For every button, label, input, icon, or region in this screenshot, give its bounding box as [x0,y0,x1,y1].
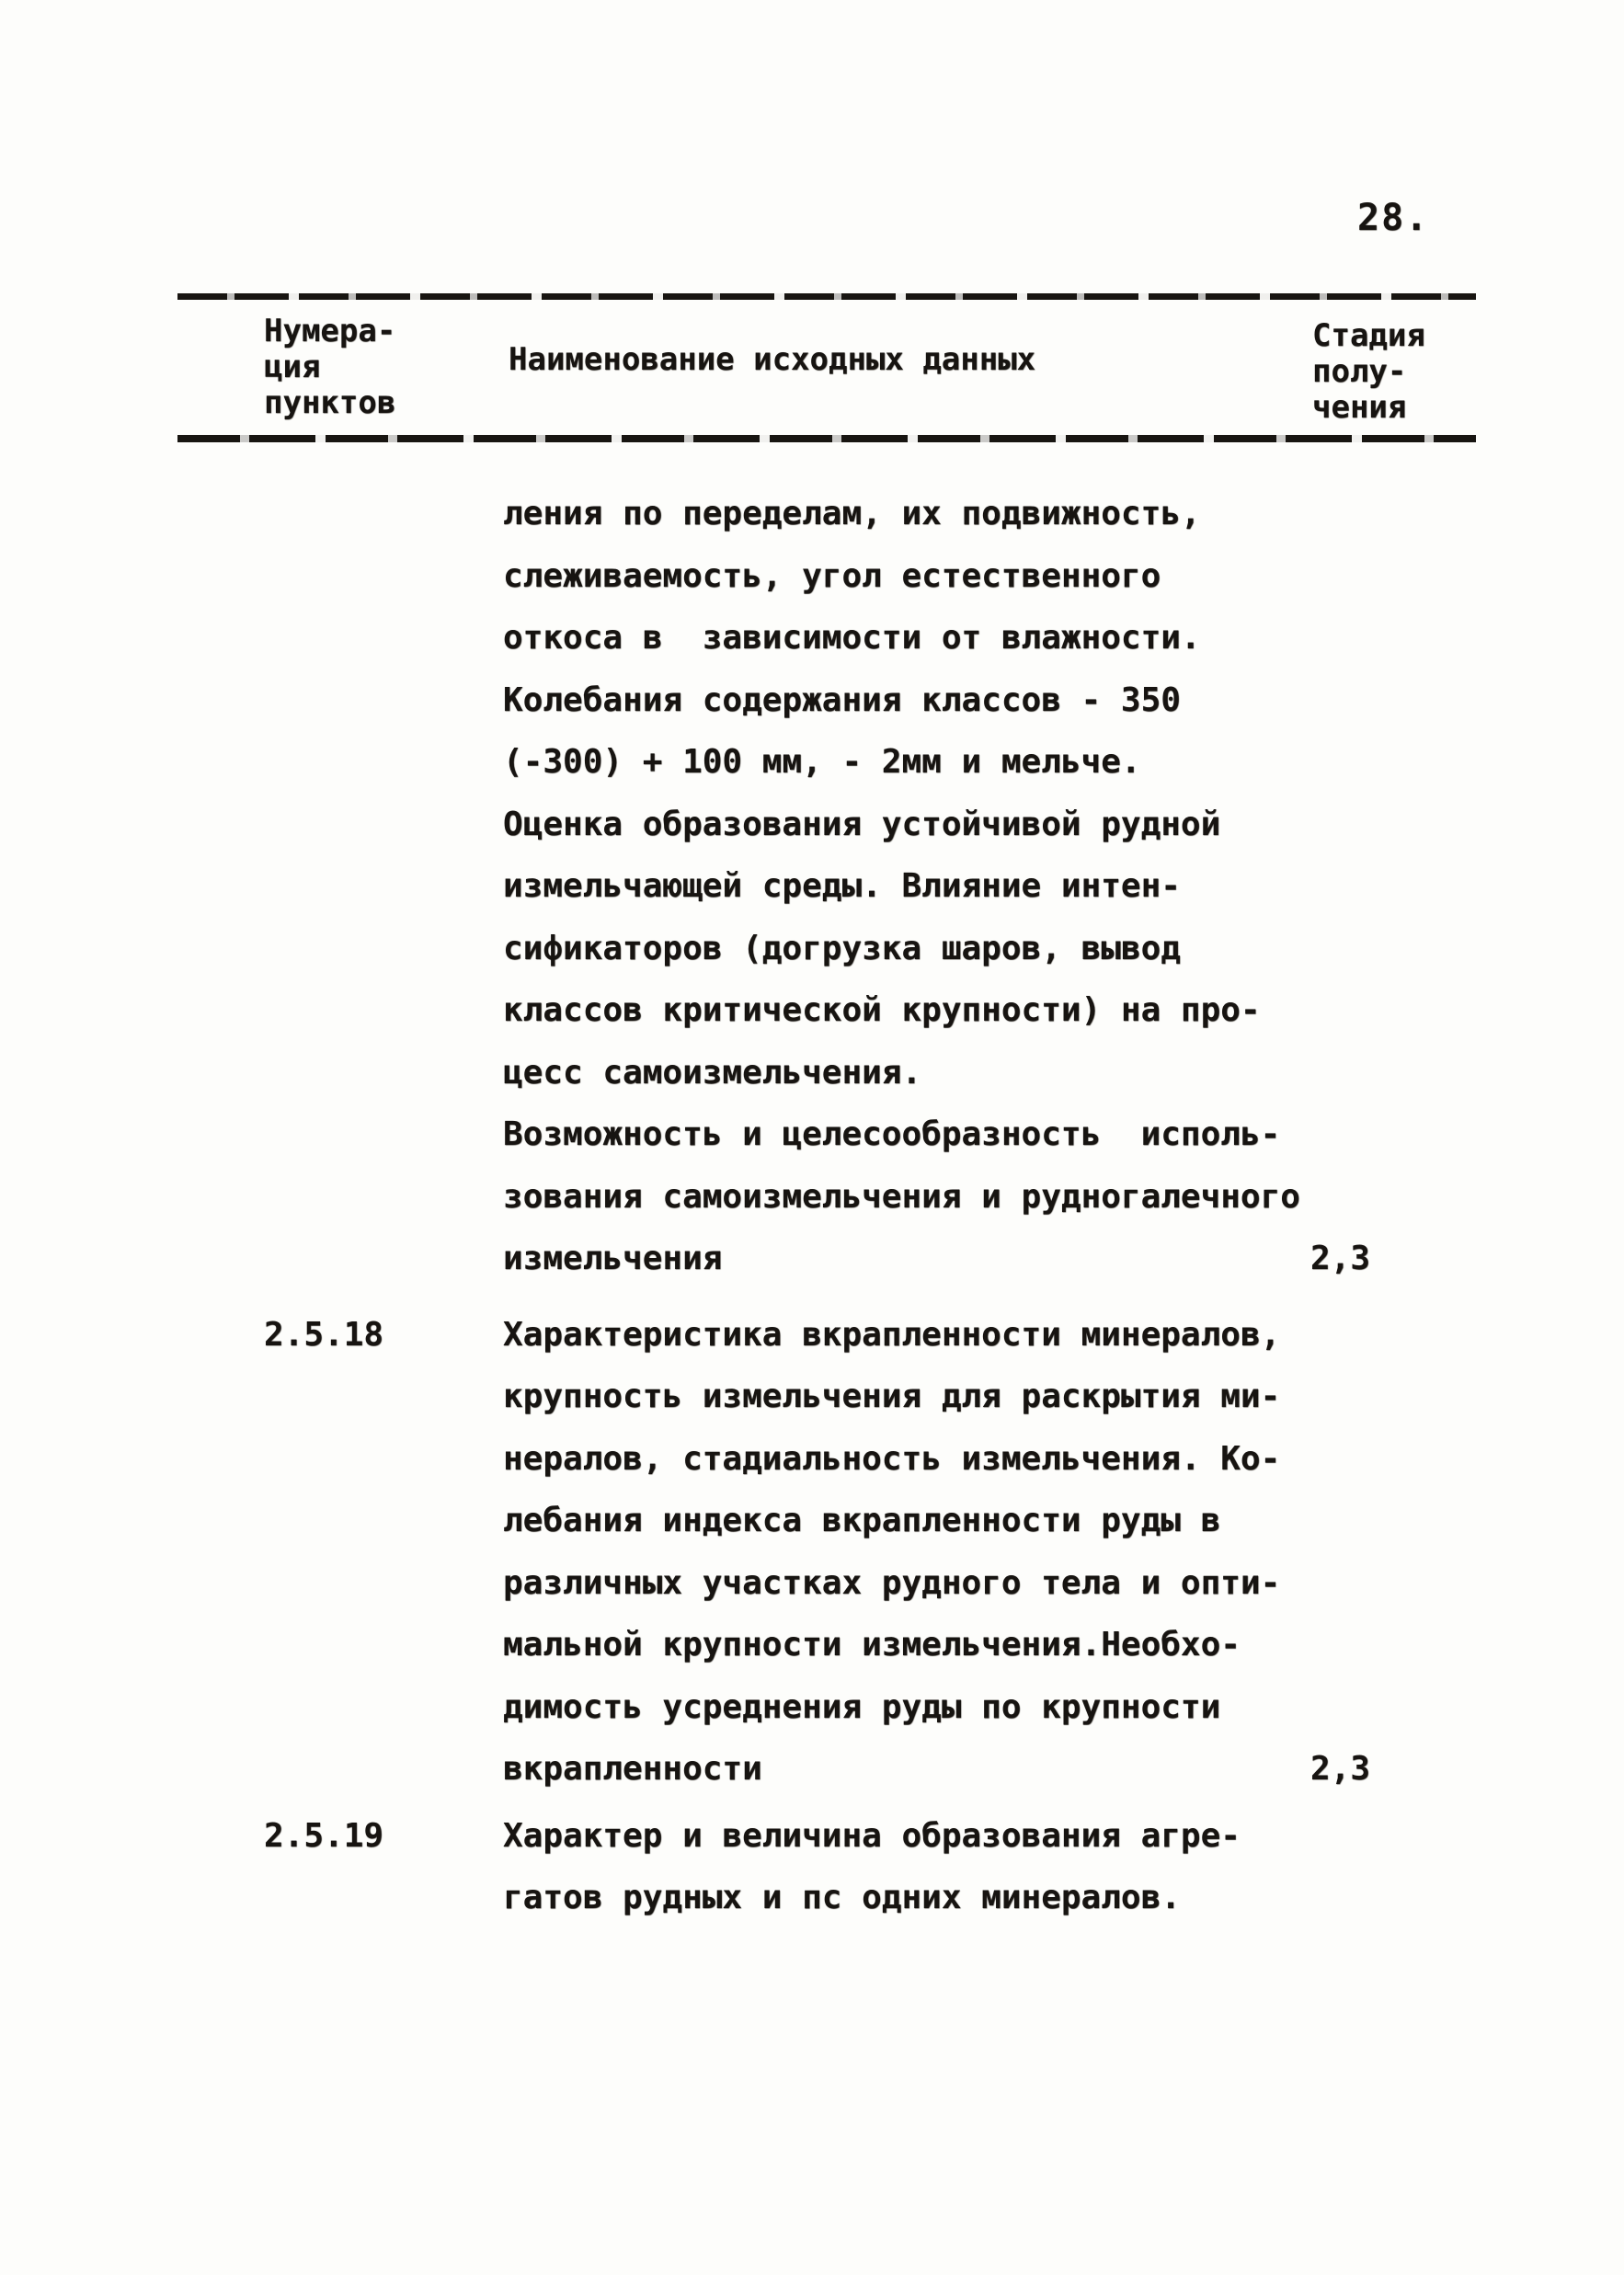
stage-value: 2,3 [1310,1738,1370,1801]
text-line: (-300) + 100 мм, - 2мм и мельче. [503,731,1349,794]
text-line: различных участках рудного тела и опти- [503,1552,1349,1615]
table-row: ления по переделам, их подвижность, слеж… [0,483,1624,1290]
row-text: Характер и величина образования агре- га… [503,1805,1349,1929]
text-line: гатов рудных и пс одних минералов. [503,1867,1349,1929]
text-line: Возможность и целесообразность исполь- [503,1103,1349,1166]
text-line: слеживаемость, угол естественного [503,545,1349,608]
stage-value: 2,3 [1310,1228,1370,1290]
header-line: пунктов [264,385,395,421]
header-line: Стадия [1312,318,1425,354]
text-line: сификаторов (догрузка шаров, вывод [503,918,1349,980]
row-number: 2.5.19 [264,1805,383,1868]
text-line: крупность измельчения для раскрытия ми- [503,1366,1349,1428]
header-line: полу- [1312,354,1425,390]
text-line: лебания индекса вкрапленности руды в [503,1490,1349,1552]
row-text: Характеристика вкрапленности минералов, … [503,1304,1349,1801]
table-row: 2.5.19 Характер и величина образования а… [0,1805,1624,1929]
table-header-bottom-rule [177,435,1476,442]
text-line: Колебания содержания классов - 350 [503,669,1349,732]
text-line: классов критической крупности) на про- [503,979,1349,1042]
header-line: чения [1312,390,1425,426]
header-line: Нумера- [264,314,395,349]
text-line: Характер и величина образования агре- [503,1805,1349,1868]
page-number: 28. [1357,197,1429,239]
scanned-document-page: 28. Нумера- ция пунктов Наименование исх… [0,0,1624,2275]
text-line: вкрапленности [503,1738,1349,1801]
text-line: Оценка образования устойчивой рудной [503,794,1349,856]
row-text: ления по переделам, их подвижность, слеж… [503,483,1349,1290]
text-line: Характеристика вкрапленности минералов, [503,1304,1349,1366]
text-line: цесс самоизмельчения. [503,1042,1349,1104]
table-row: 2.5.18 Характеристика вкрапленности мине… [0,1304,1624,1801]
text-line: зования самоизмельчения и рудногалечного [503,1166,1349,1229]
table-body: ления по переделам, их подвижность, слеж… [0,483,1624,1929]
text-line: измельчения [503,1228,1349,1290]
text-line: откоса в зависимости от влажности. [503,607,1349,669]
text-line: измельчающей среды. Влияние интен- [503,855,1349,918]
header-column-stage: Стадия полу- чения [1312,318,1425,426]
text-line: димость усреднения руды по крупности [503,1676,1349,1739]
text-line: нералов, стадиальность измельчения. Ко- [503,1428,1349,1491]
header-column-numbering: Нумера- ция пунктов [264,314,395,421]
text-line: ления по переделам, их подвижность, [503,483,1349,545]
text-line: мальной крупности измельчения.Необхо- [503,1614,1349,1676]
row-number: 2.5.18 [264,1304,383,1366]
table-top-rule [177,293,1476,300]
header-column-data-name: Наименование исходных данных [509,342,1035,378]
header-line: ция [264,349,395,385]
